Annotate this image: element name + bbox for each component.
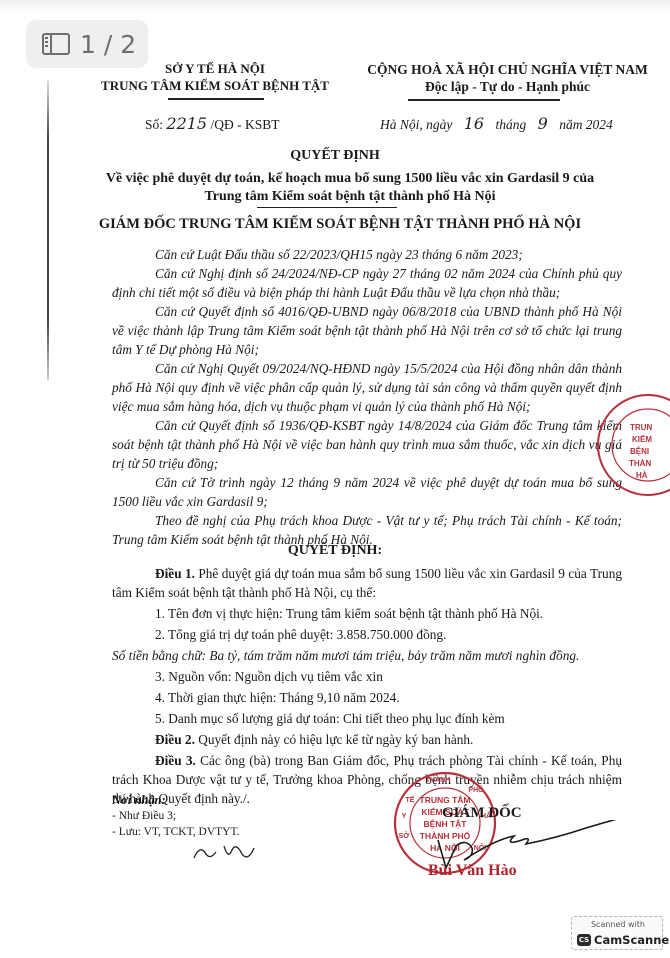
svg-text:BỆNI: BỆNI xyxy=(630,447,649,456)
recipients: Nơi nhận: - Như Điều 3; - Lưu: VT, TCKT,… xyxy=(112,792,240,840)
camscanner-watermark: Scanned with CS CamScanner xyxy=(571,916,663,950)
margin-stamp: TRUN KIỂM BỆNI THÀN HÀ xyxy=(568,390,670,500)
handwritten-number: 2215 xyxy=(166,114,207,133)
viewer-top-shadow xyxy=(0,0,670,12)
document-number: Số: 2215 /QĐ - KSBT xyxy=(145,114,280,133)
decision-articles: Điều 1. Phê duyệt giá dự toán mua sắm bổ… xyxy=(112,564,622,808)
ground-item: Căn cứ Luật Đấu thầu số 22/2023/QH15 ngà… xyxy=(112,245,622,264)
article-1: Điều 1. Phê duyệt giá dự toán mua sắm bổ… xyxy=(112,564,622,602)
svg-text:Y: Y xyxy=(402,813,407,820)
article-1-item: 3. Nguồn vốn: Nguồn dịch vụ tiêm vắc xin xyxy=(112,667,622,686)
document-date: Hà Nội, ngày 16 tháng 9 năm 2024 xyxy=(380,114,613,133)
issuer-parent: SỞ Y TẾ HÀ NỘI xyxy=(100,60,330,77)
svg-text:THÀNH: THÀNH xyxy=(426,775,451,784)
handwritten-day: 16 xyxy=(464,114,484,133)
national-motto: Độc lập - Tự do - Hạnh phúc xyxy=(345,78,670,95)
svg-text:TẾ: TẾ xyxy=(406,794,415,804)
svg-text:HÀ: HÀ xyxy=(636,471,648,480)
sidebar-panel-icon[interactable] xyxy=(42,33,70,55)
ground-item: Căn cứ Tờ trình ngày 12 tháng 9 năm 2024… xyxy=(112,473,622,511)
article-2: Điều 2. Quyết định này có hiệu lực kể từ… xyxy=(112,730,622,749)
recipient-line: - Như Điều 3; xyxy=(112,808,240,824)
amount-in-words: Số tiền bằng chữ: Ba tỷ, tám trăm năm mư… xyxy=(112,646,622,665)
ground-item: Căn cứ Nghị định số 24/2024/NĐ-CP ngày 2… xyxy=(112,264,622,302)
decision-subject: Về việc phê duyệt dự toán, kế hoạch mua … xyxy=(100,170,600,206)
initials-scribble xyxy=(190,838,260,866)
signer-name: Bùi Văn Hào xyxy=(428,862,517,880)
svg-text:THÀN: THÀN xyxy=(629,459,651,468)
issuer-name: TRUNG TÂM KIỂM SOÁT BỆNH TẬT xyxy=(100,77,330,94)
scan-edge-line xyxy=(47,80,49,380)
page-count: 1 / 2 xyxy=(80,30,136,59)
recipients-label: Nơi nhận: xyxy=(112,792,240,808)
article-1-item: 1. Tên đơn vị thực hiện: Trung tâm kiểm … xyxy=(112,604,622,623)
svg-text:SỞ: SỞ xyxy=(399,831,410,840)
subject-underline xyxy=(257,207,397,208)
issuer-underline xyxy=(168,98,264,100)
issuing-authority: GIÁM ĐỐC TRUNG TÂM KIỂM SOÁT BỆNH TẬT TH… xyxy=(60,216,620,233)
svg-text:PHỐ: PHỐ xyxy=(468,784,484,794)
camscanner-logo-icon: CS xyxy=(577,934,591,946)
decides-heading: QUYẾT ĐỊNH: xyxy=(0,543,670,559)
motto-underline xyxy=(408,99,560,101)
national-name: CỘNG HOÀ XÃ HỘI CHỦ NGHĨA VIỆT NAM xyxy=(345,61,670,78)
article-1-item: 4. Thời gian thực hiện: Tháng 9,10 năm 2… xyxy=(112,688,622,707)
national-header: CỘNG HOÀ XÃ HỘI CHỦ NGHĨA VIỆT NAM Độc l… xyxy=(345,61,670,95)
ground-item: Căn cứ Quyết định số 1936/QĐ-KSBT ngày 1… xyxy=(112,416,622,473)
svg-text:KIỂM: KIỂM xyxy=(632,435,652,444)
article-1-item: 5. Danh mục số lượng giá dự toán: Chi ti… xyxy=(112,709,622,728)
issuer-header: SỞ Y TẾ HÀ NỘI TRUNG TÂM KIỂM SOÁT BỆNH … xyxy=(100,60,330,94)
svg-text:TRUN: TRUN xyxy=(630,423,652,432)
article-1-item: 2. Tổng giá trị dự toán phê duyệt: 3.858… xyxy=(112,625,622,644)
svg-text:TRUNG TÂM: TRUNG TÂM xyxy=(420,794,471,805)
ground-item: Căn cứ Nghị Quyết 09/2024/NQ-HĐND ngày 1… xyxy=(112,359,622,416)
ground-item: Căn cứ Quyết định số 4016/QĐ-UBND ngày 0… xyxy=(112,302,622,359)
legal-grounds: Căn cứ Luật Đấu thầu số 22/2023/QH15 ngà… xyxy=(112,245,622,549)
decision-title: QUYẾT ĐỊNH xyxy=(0,148,670,164)
handwritten-month: 9 xyxy=(538,114,548,133)
